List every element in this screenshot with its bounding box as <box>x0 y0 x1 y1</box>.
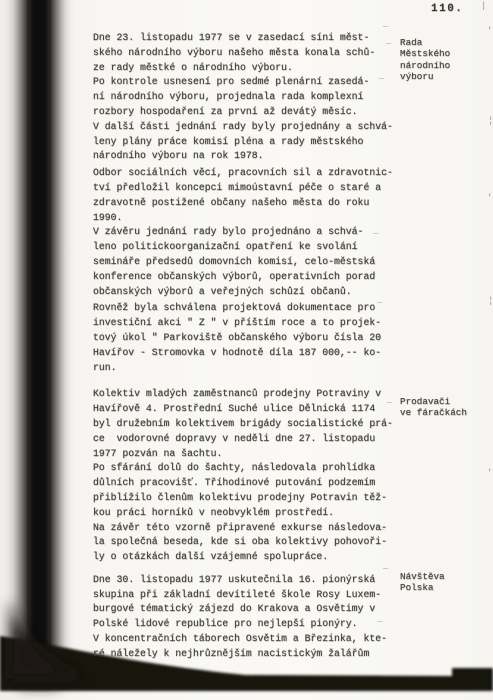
text-line: zdravotně postižené občany našeho města … <box>93 196 395 211</box>
paragraph-work-plans: V další části jednání rady byly projedná… <box>93 120 395 164</box>
text-line: kou práci horníků v neobvyklém prostředí… <box>93 506 395 521</box>
text-line: Po kontrole usnesení pro sedmé plenární … <box>93 75 395 90</box>
scanned-page: 110. Dne 23. listopadu 1977 se v zasedac… <box>0 0 493 700</box>
text-line: Odbor sociálních věcí, pracovních sil a … <box>93 166 395 181</box>
text-line: V další části jednání rady byly projedná… <box>93 120 395 135</box>
text-line: tví předložil koncepci mimoústavní péče … <box>93 181 395 196</box>
scan-mark: _ <box>387 395 392 405</box>
binding-shadow-core <box>29 0 49 682</box>
text-line: ní národního výboru, projednala rada kom… <box>93 90 395 105</box>
margin-note-poland-visit: Návštěva Polska <box>400 571 492 594</box>
text-line: 1977 pozván na šachtu. <box>93 447 395 462</box>
paragraph-poland-trip: Dne 30. listopadu 1977 uskutečnila 16. p… <box>93 573 395 662</box>
text-line: 1990. <box>93 211 395 226</box>
scan-mark: ¦ <box>488 116 493 126</box>
text-line: Rovněž byla schválena projektová dokumen… <box>93 301 395 316</box>
text-line: semináře předsedů domovních komisí, celo… <box>93 255 395 270</box>
margin-note-line: Městského <box>400 48 492 59</box>
text-line: Havířov - Stromovka v hodnotě díla 187 0… <box>93 346 395 361</box>
scan-mark: ' <box>487 468 492 478</box>
binding-foot-shadow <box>10 600 90 678</box>
scan-mark: | <box>481 1 486 11</box>
text-line: Havířově 4. Prostřední Suché ulice Dělni… <box>93 402 395 417</box>
text-line: konference občanských výborů, operativní… <box>93 270 395 285</box>
text-line: Dne 23. listopadu 1977 se v zasedací sín… <box>93 31 395 46</box>
text-line: přiblížilo členům kolektivu prodejny Pot… <box>93 491 395 506</box>
margin-note-line: Návštěva <box>400 571 492 582</box>
text-line: občanských výborů a veřejných schůzí obč… <box>93 285 395 300</box>
paragraph-council-meeting: Dne 23. listopadu 1977 se v zasedací sín… <box>93 31 395 75</box>
margin-note-line: Rada <box>400 37 492 48</box>
text-line: ce vodorovné dopravy v neděli dne 27. li… <box>93 432 395 447</box>
text-line: Kolektiv mladých zaměstnanců prodejny Po… <box>93 387 395 402</box>
text-line: rozbory hospodaření za první až devátý m… <box>93 105 395 120</box>
scan-mark: ‾ <box>383 26 388 36</box>
scan-mark: ' <box>487 193 492 203</box>
text-line: V závěru jednání rady bylo projednáno a … <box>93 225 395 240</box>
scan-mark: ' <box>487 26 492 36</box>
paragraph-social-department: Odbor sociálních věcí, pracovních sil a … <box>93 166 395 225</box>
chronicle-text-column: Dne 23. listopadu 1977 se v zasedací sín… <box>93 31 395 662</box>
scan-mark: ‾ <box>379 529 384 539</box>
scan-mark: ‾ <box>379 78 384 88</box>
scan-mark: _ <box>386 36 391 46</box>
margin-note-miners-clothes: Prodavači ve fáračkách <box>400 396 492 419</box>
margin-note-line: Prodavači <box>400 396 492 407</box>
paragraph-shop-collective: Kolektiv mladých zaměstnanců prodejny Po… <box>93 387 395 461</box>
text-line: ského národního výboru našeho města kona… <box>93 46 395 61</box>
paragraph-project-documentation: Rovněž byla schválena projektová dokumen… <box>93 301 395 375</box>
paragraph-organizational-measures: V závěru jednání rady bylo projednáno a … <box>93 225 395 299</box>
margin-note-line: ve fáračkách <box>400 407 492 418</box>
text-line: run. <box>93 361 395 376</box>
scan-mark: _ <box>383 561 388 571</box>
scan-mark: ‾ <box>376 128 381 138</box>
binding-shadow-outer <box>20 0 58 686</box>
text-line: Dne 30. listopadu 1977 uskutečnila 16. p… <box>93 573 395 588</box>
margin-note-line: výboru <box>400 71 492 82</box>
scan-mark: ‾ <box>373 425 378 435</box>
scan-mark: ‾ <box>373 233 378 243</box>
text-line: Na závěr této vzorně připravené exkurse … <box>93 521 395 536</box>
paragraph-resolution-check: Po kontrole usnesení pro sedmé plenární … <box>93 75 395 119</box>
scan-mark: _ <box>377 295 382 305</box>
text-line: ré náležely k nejhrůznějším nacistickým … <box>93 647 395 662</box>
scan-mark: ‾ <box>382 174 387 184</box>
margin-note-line: Polska <box>400 582 492 593</box>
scan-mark: ¦ <box>488 296 493 306</box>
text-line: národního výboru na rok 1978. <box>93 149 395 164</box>
text-line: V koncentračních táborech Osvětim a Břez… <box>93 632 395 647</box>
text-line: Po sfárání dolů do šachty, následovala p… <box>93 461 395 476</box>
margin-note-city-council: Rada Městského národního výboru <box>400 37 492 83</box>
paragraph-closing-discussion: Na závěr této vzorně připravené exkurse … <box>93 521 395 565</box>
text-line: leny plány práce komisí pléna a rady měs… <box>93 135 395 150</box>
text-line: burgové tématický zájezd do Krakova a Os… <box>93 602 395 617</box>
text-line: tový úkol " Parkoviště občanského výboru… <box>93 331 395 346</box>
scan-mark: ‾ <box>377 621 382 631</box>
text-line: leno politickoorganizační opatření ke sv… <box>93 240 395 255</box>
text-line: důlních pracovišť. Tříhodinové putování … <box>93 476 395 491</box>
text-line: ly o otázkách další vzájemné spolupráce. <box>93 550 395 565</box>
margin-note-line: národního <box>400 60 492 71</box>
text-line: la společná beseda, kde si oba kolektivy… <box>93 535 395 550</box>
text-line: Polské lidové republice pro nejlepší pio… <box>93 617 395 632</box>
text-line: investiční akci " Z " v příštím roce a t… <box>93 316 395 331</box>
page-number: 110. <box>431 3 463 15</box>
paragraph-mine-visit: Po sfárání dolů do šachty, následovala p… <box>93 461 395 520</box>
text-line: byl družebním kolektivem brigády sociali… <box>93 417 395 432</box>
text-line: ze rady městké o národního výboru. <box>93 61 395 76</box>
text-line: skupina při základní devítileté škole Ro… <box>93 588 395 603</box>
